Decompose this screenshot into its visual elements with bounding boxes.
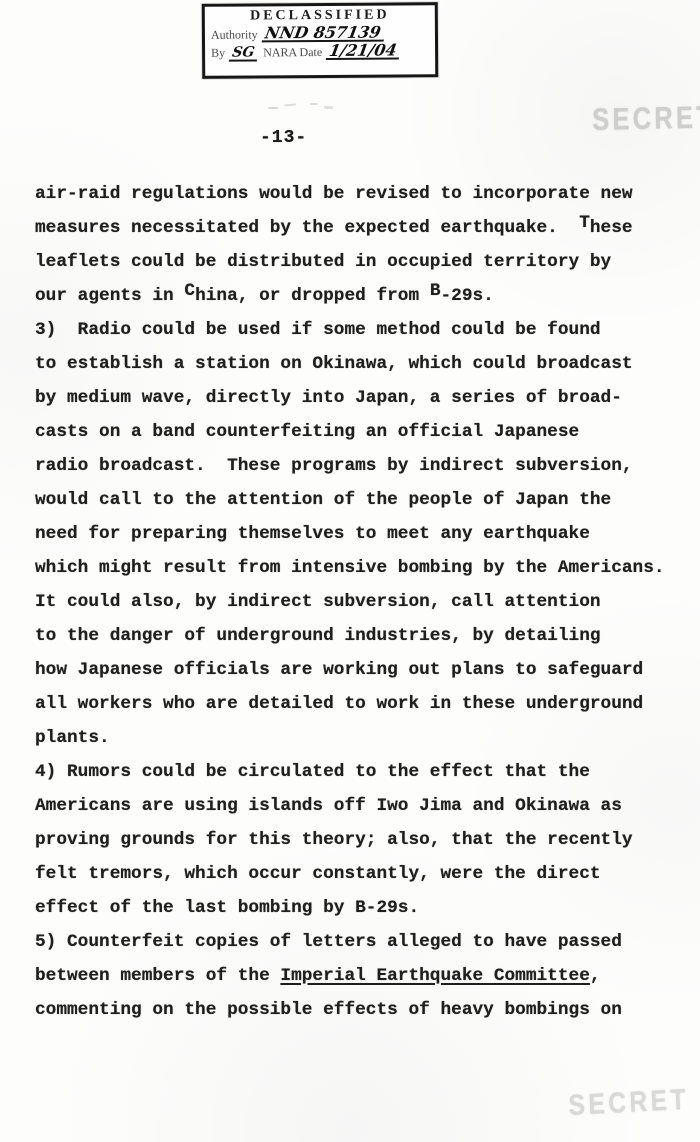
by-handwritten-initials: SG <box>229 45 260 61</box>
typed-line: proving grounds for this theory; also, t… <box>35 823 683 857</box>
typed-line: measures necessitated by the expected ea… <box>35 211 683 245</box>
typed-line: 5) Counterfeit copies of letters alleged… <box>35 925 683 959</box>
typed-line: 4) Rumors could be circulated to the eff… <box>35 755 683 789</box>
typed-line: plants. <box>35 721 683 755</box>
typed-line: would call to the attention of the peopl… <box>35 483 683 517</box>
typed-line: all workers who are detailed to work in … <box>35 687 683 721</box>
scanned-document-page: { "colors": { "ink": "#1f1f1f", "stamp_b… <box>0 0 700 1142</box>
typed-line: It could also, by indirect subversion, c… <box>35 585 683 619</box>
declassified-by-row: By SG NARA Date 1/21/04 <box>211 43 429 62</box>
by-label: By <box>211 46 225 61</box>
typed-line: to the danger of underground industries,… <box>35 619 683 653</box>
authority-label: Authority <box>211 27 258 42</box>
typed-line: between members of the Imperial Earthqua… <box>35 959 683 993</box>
declassified-stamp: DECLASSIFIED Authority NND 857139 By SG … <box>202 2 439 79</box>
typed-line: need for preparing themselves to meet an… <box>35 517 683 551</box>
typed-line: our agents in China, or dropped from B-2… <box>35 279 683 313</box>
nara-date-label: NARA Date <box>263 45 322 60</box>
typed-line: how Japanese officials are working out p… <box>35 653 683 687</box>
typed-line: Americans are using islands off Iwo Jima… <box>35 789 683 823</box>
secret-stamp-bottom: SECRET <box>568 1084 690 1123</box>
typed-line: by medium wave, directly into Japan, a s… <box>35 381 683 415</box>
typed-text-body: air-raid regulations would be revised to… <box>35 177 683 1027</box>
typed-line: casts on a band counterfeiting an offici… <box>35 415 683 449</box>
ink-smudge-marks <box>268 103 338 111</box>
page-number: -13- <box>260 128 307 148</box>
typed-line: radio broadcast. These programs by indir… <box>35 449 683 483</box>
secret-stamp-top: SECRET <box>592 99 700 138</box>
typed-line: leaflets could be distributed in occupie… <box>35 245 683 279</box>
typed-line: air-raid regulations would be revised to… <box>35 177 683 211</box>
typed-line: 3) Radio could be used if some method co… <box>35 313 683 347</box>
typed-line: commenting on the possible effects of he… <box>35 993 683 1027</box>
typed-line: felt tremors, which occur constantly, we… <box>35 857 683 891</box>
typed-line: effect of the last bombing by B-29s. <box>35 891 683 925</box>
typed-line: which might result from intensive bombin… <box>35 551 683 585</box>
typed-line: to establish a station on Okinawa, which… <box>35 347 683 381</box>
date-handwritten-value: 1/21/04 <box>326 43 402 60</box>
